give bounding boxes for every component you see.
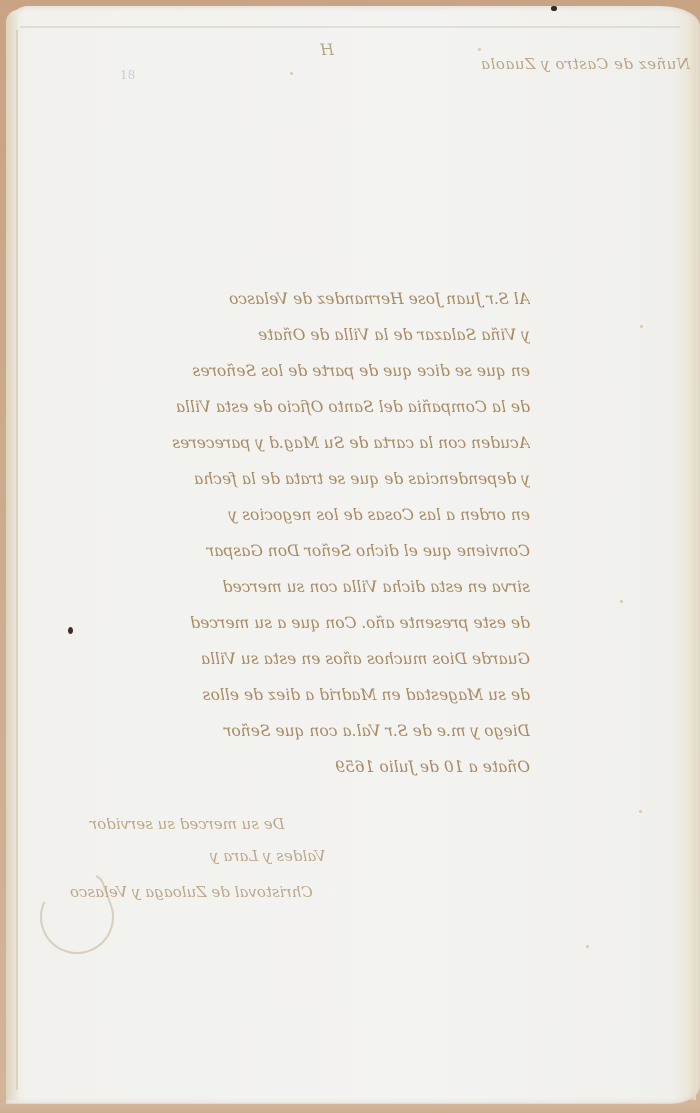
page-inner-edge: [16, 30, 18, 1090]
body-line: de su Magestad en Madrid a diez de ellos: [30, 686, 530, 704]
page-bottom-edge: [0, 1103, 700, 1113]
body-line: Al S.r Juan Jose Hernandez de Velasco: [30, 290, 530, 308]
date-line: Oñate a 10 de Julio 1659: [290, 758, 530, 776]
body-line: en orden a las Cosas de los negocios y: [30, 506, 530, 524]
closing-line: Valdes y Lara y: [210, 847, 326, 865]
paper-stain: [586, 945, 589, 948]
body-line: de este presente año. Con que a su merce…: [30, 614, 530, 632]
body-line: Guarde Dios muchos años en esta su Villa: [30, 650, 530, 668]
body-line: y Viña Salazar de la Villa de Oñate: [30, 326, 530, 344]
body-line: en que se dice que de parte de los Señor…: [30, 362, 530, 380]
folio-mark: H: [320, 40, 334, 59]
page-right-edge: [688, 20, 696, 1100]
page-top-edge: [20, 26, 680, 28]
body-line: y dependencias de que se trata de la fec…: [30, 470, 530, 488]
body-line: Diego y m.e de S.r Val.a con que Señor: [30, 722, 530, 740]
header-note: Nuñez de Castro y Zuaola: [490, 55, 690, 73]
paper-stain: [478, 48, 481, 51]
faint-page-number: 18: [120, 68, 135, 82]
ink-spot-top: [551, 6, 557, 11]
paper-stain: [620, 600, 623, 603]
body-line: Conviene que el dicho Señor Don Gaspar: [30, 542, 530, 560]
closing-line: De su merced su servidor: [90, 815, 285, 833]
ink-blot: [68, 627, 73, 634]
paper-stain: [290, 72, 293, 75]
body-line: Acuden con la carta de Su Mag.d y parece…: [30, 434, 530, 452]
body-line: de la Compañia del Santo Oficio de esta …: [30, 398, 530, 416]
paper-stain: [640, 325, 643, 328]
body-line: sirva en esta dicha Villa con su merced: [30, 578, 530, 596]
paper-stain: [639, 810, 642, 813]
